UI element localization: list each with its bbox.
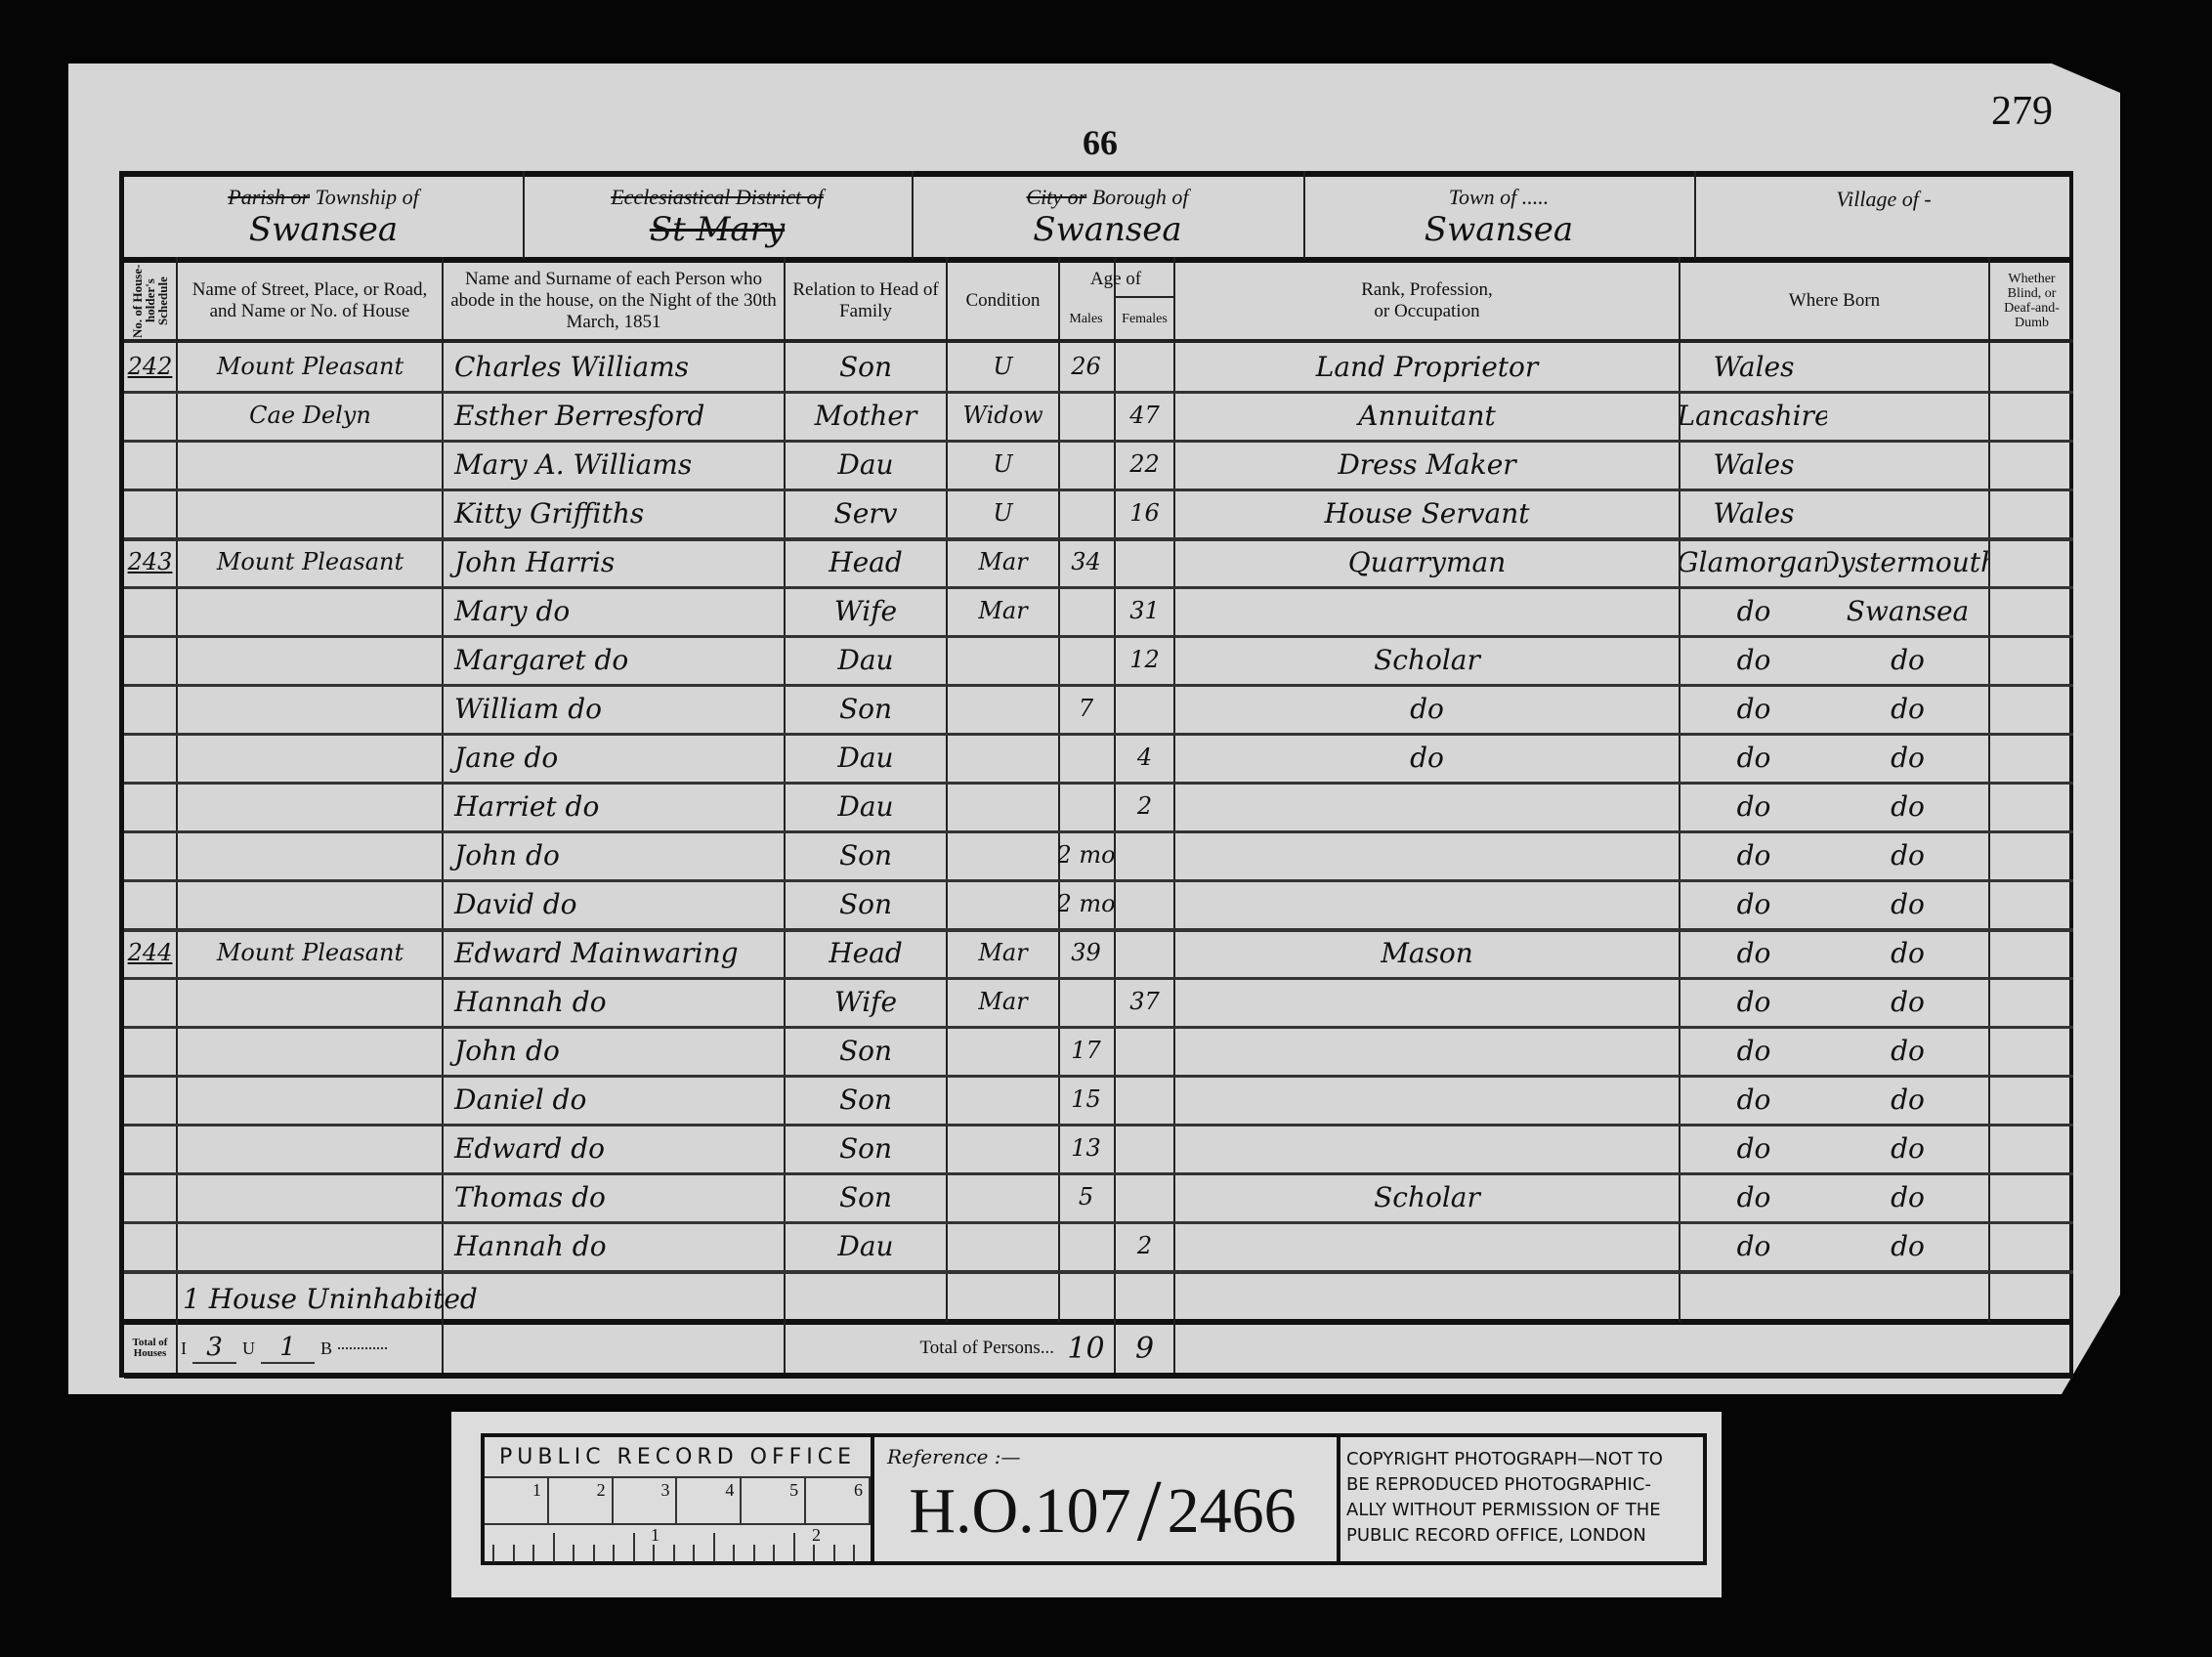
schedule-number bbox=[124, 1126, 176, 1170]
birth-place: do bbox=[1827, 1126, 1988, 1170]
street-address bbox=[179, 1028, 442, 1073]
relation-to-head: Dau bbox=[786, 442, 946, 487]
table-row: Hannah doWifeMar37dodo bbox=[124, 979, 2073, 1028]
occupation bbox=[1175, 832, 1679, 877]
relation-to-head: Dau bbox=[786, 637, 946, 682]
age-female: 4 bbox=[1116, 735, 1173, 780]
relation-to-head: Mother bbox=[786, 393, 946, 438]
occupation bbox=[1175, 1223, 1679, 1268]
ruler-tick bbox=[693, 1545, 695, 1562]
age-male bbox=[1058, 784, 1114, 828]
birth-county: do bbox=[1680, 979, 1827, 1024]
person-name: Daniel do bbox=[445, 1077, 784, 1122]
marital-condition: Mar bbox=[948, 588, 1058, 633]
relation-to-head: Dau bbox=[786, 735, 946, 780]
age-male: 26 bbox=[1058, 344, 1114, 389]
ruler-tick-label: 4 bbox=[677, 1478, 742, 1523]
table-row: Hannah doDau2dodo bbox=[124, 1223, 2073, 1272]
street-address bbox=[179, 490, 442, 535]
struck-label: Parish or bbox=[228, 185, 310, 209]
marital-condition bbox=[948, 637, 1058, 682]
person-name: John Harris bbox=[445, 539, 784, 584]
street-address bbox=[179, 1077, 442, 1122]
census-table: Parish or Township of Swansea Ecclesiast… bbox=[119, 171, 2073, 1378]
total-males: 10 bbox=[1058, 1324, 1114, 1373]
schedule-number bbox=[124, 490, 176, 535]
person-name: Thomas do bbox=[445, 1174, 784, 1219]
street-address: Mount Pleasant bbox=[179, 930, 442, 975]
field-label: Borough of bbox=[1092, 185, 1189, 209]
birth-place: Swansea bbox=[1827, 588, 1988, 633]
schedule-number bbox=[124, 1028, 176, 1073]
birth-place: do bbox=[1827, 881, 1988, 926]
copyright-line: PUBLIC RECORD OFFICE, LONDON bbox=[1346, 1523, 1700, 1549]
ruler-tick bbox=[573, 1545, 574, 1562]
age-male bbox=[1058, 979, 1114, 1024]
person-name: Hannah do bbox=[445, 979, 784, 1024]
occupation: Quarryman bbox=[1175, 539, 1679, 584]
marital-condition bbox=[948, 1174, 1058, 1219]
relation-to-head: Head bbox=[786, 539, 946, 584]
ruler-tick-label: 6 bbox=[806, 1478, 871, 1523]
field-value-struck: St Mary bbox=[650, 210, 785, 249]
street-address bbox=[179, 1223, 442, 1268]
age-male bbox=[1058, 1223, 1114, 1268]
age-female bbox=[1116, 539, 1173, 584]
schedule-number bbox=[124, 588, 176, 633]
birth-place: do bbox=[1827, 784, 1988, 828]
header-males: Males bbox=[1058, 298, 1114, 339]
office-title: PUBLIC RECORD OFFICE bbox=[485, 1437, 871, 1478]
marital-condition bbox=[948, 686, 1058, 731]
table-row: Mary A. WilliamsDauU22Dress MakerWales bbox=[124, 442, 2073, 490]
person-name: John do bbox=[445, 832, 784, 877]
relation-to-head: Dau bbox=[786, 1223, 946, 1268]
occupation: Mason bbox=[1175, 930, 1679, 975]
table-row: Mary doWifeMar31doSwansea bbox=[124, 588, 2073, 637]
occupation: Scholar bbox=[1175, 637, 1679, 682]
field-label: Township of bbox=[316, 185, 419, 209]
ruler-cm-label: 2 bbox=[812, 1525, 821, 1546]
birth-county: do bbox=[1680, 832, 1827, 877]
age-female: 31 bbox=[1116, 588, 1173, 633]
age-male bbox=[1058, 393, 1114, 438]
age-male bbox=[1058, 490, 1114, 535]
birth-county: do bbox=[1680, 1077, 1827, 1122]
schedule-number bbox=[124, 784, 176, 828]
town-field: Town of ..... Swansea bbox=[1303, 177, 1694, 257]
person-name: Edward do bbox=[445, 1126, 784, 1170]
birth-place: do bbox=[1827, 637, 1988, 682]
street-address bbox=[179, 735, 442, 780]
occupation bbox=[1175, 588, 1679, 633]
person-name: William do bbox=[445, 686, 784, 731]
age-male: 17 bbox=[1058, 1028, 1114, 1073]
ruler-cm: 12 bbox=[485, 1525, 871, 1564]
street-address bbox=[179, 637, 442, 682]
marital-condition bbox=[948, 832, 1058, 877]
person-name: Charles Williams bbox=[445, 344, 784, 389]
marital-condition: Mar bbox=[948, 930, 1058, 975]
marital-condition: U bbox=[948, 442, 1058, 487]
table-row: Kitty GriffithsServU16House ServantWales bbox=[124, 490, 2073, 539]
ruler-tick bbox=[553, 1533, 555, 1562]
marital-condition: U bbox=[948, 344, 1058, 389]
marital-condition: U bbox=[948, 490, 1058, 535]
person-name: Harriet do bbox=[445, 784, 784, 828]
marital-condition bbox=[948, 735, 1058, 780]
relation-to-head: Son bbox=[786, 1028, 946, 1073]
age-female bbox=[1116, 686, 1173, 731]
table-row: 243Mount PleasantJohn HarrisHeadMar34Qua… bbox=[124, 539, 2073, 588]
ruler-tick bbox=[773, 1545, 775, 1562]
schedule-number bbox=[124, 686, 176, 731]
birth-county: do bbox=[1680, 735, 1827, 780]
copyright-line: BE REPRODUCED PHOTOGRAPHIC- bbox=[1346, 1472, 1700, 1498]
occupation: Land Proprietor bbox=[1175, 344, 1679, 389]
ruler-tick bbox=[513, 1545, 515, 1562]
ruler-tick bbox=[532, 1545, 534, 1562]
age-male: 5 bbox=[1058, 1174, 1114, 1219]
age-male: 34 bbox=[1058, 539, 1114, 584]
street-address bbox=[179, 832, 442, 877]
birth-county: Wales bbox=[1680, 442, 1827, 487]
ruler-tick-label: 1 bbox=[485, 1478, 549, 1523]
ruler-tick bbox=[673, 1545, 675, 1562]
ruler-tick bbox=[733, 1545, 735, 1562]
occupation bbox=[1175, 979, 1679, 1024]
schedule-number bbox=[124, 393, 176, 438]
schedule-number bbox=[124, 1223, 176, 1268]
uninhabited-label: U bbox=[242, 1338, 255, 1359]
street-address: Mount Pleasant bbox=[179, 344, 442, 389]
age-male: 15 bbox=[1058, 1077, 1114, 1122]
ruler-tick bbox=[793, 1533, 795, 1562]
occupation: Scholar bbox=[1175, 1174, 1679, 1219]
page-number-center: 66 bbox=[1083, 122, 1118, 163]
age-female bbox=[1116, 832, 1173, 877]
building-label: B bbox=[320, 1338, 332, 1359]
header-occupation: Rank, Profession, or Occupation bbox=[1175, 263, 1679, 339]
street-address: Cae Delyn bbox=[179, 393, 442, 438]
birth-county: Lancashire bbox=[1680, 393, 1827, 438]
birth-place: do bbox=[1827, 930, 1988, 975]
age-female: 22 bbox=[1116, 442, 1173, 487]
street-address: Mount Pleasant bbox=[179, 539, 442, 584]
person-name: Jane do bbox=[445, 735, 784, 780]
age-female: 16 bbox=[1116, 490, 1173, 535]
total-persons-label: Total of Persons... bbox=[808, 1324, 1058, 1373]
age-male bbox=[1058, 735, 1114, 780]
table-row: Harriet doDau2dodo bbox=[124, 784, 2073, 832]
occupation bbox=[1175, 784, 1679, 828]
reference-piece: 2466 bbox=[1168, 1474, 1297, 1549]
ruler-tick bbox=[713, 1533, 715, 1562]
record-office-stamp: PUBLIC RECORD OFFICE 123456 12 Reference… bbox=[451, 1412, 1722, 1597]
occupation: Dress Maker bbox=[1175, 442, 1679, 487]
table-row: David doSon2 mododo bbox=[124, 881, 2073, 930]
relation-to-head: Son bbox=[786, 832, 946, 877]
copyright-line: ALLY WITHOUT PERMISSION OF THE bbox=[1346, 1498, 1700, 1523]
ruler-tick bbox=[593, 1545, 595, 1562]
birth-place bbox=[1827, 442, 1988, 487]
age-female: 12 bbox=[1116, 637, 1173, 682]
schedule-number bbox=[124, 1174, 176, 1219]
table-row: John doSon17dodo bbox=[124, 1028, 2073, 1077]
header-name: Name and Surname of each Person who abod… bbox=[444, 263, 784, 339]
birth-county: do bbox=[1680, 1126, 1827, 1170]
street-address bbox=[179, 784, 442, 828]
field-label: Town of ..... bbox=[1449, 185, 1550, 210]
schedule-number bbox=[124, 637, 176, 682]
person-name: Edward Mainwaring bbox=[445, 930, 784, 975]
label: Total of Houses bbox=[124, 1338, 176, 1359]
schedule-number bbox=[124, 1077, 176, 1122]
birth-place: do bbox=[1827, 1223, 1988, 1268]
age-female: 47 bbox=[1116, 393, 1173, 438]
struck-label: City or bbox=[1026, 185, 1086, 209]
person-name: Esther Berresford bbox=[445, 393, 784, 438]
age-male: 7 bbox=[1058, 686, 1114, 731]
age-female bbox=[1116, 930, 1173, 975]
header-condition: Condition bbox=[948, 263, 1058, 339]
marital-condition bbox=[948, 881, 1058, 926]
marital-condition bbox=[948, 1223, 1058, 1268]
marital-condition: Widow bbox=[948, 393, 1058, 438]
table-row: John doSon2 mododo bbox=[124, 832, 2073, 881]
birth-place: do bbox=[1827, 979, 1988, 1024]
header-label: No. of House-holder's Schedule bbox=[131, 263, 169, 339]
marital-condition bbox=[948, 1028, 1058, 1073]
marital-condition bbox=[948, 1126, 1058, 1170]
birth-county: do bbox=[1680, 588, 1827, 633]
table-row: Margaret doDau12Scholardodo bbox=[124, 637, 2073, 686]
ecclesiastical-district-field: Ecclesiastical District of St Mary bbox=[523, 177, 912, 257]
inhabited-label: I bbox=[181, 1338, 187, 1359]
age-female bbox=[1116, 1126, 1173, 1170]
birth-county: Wales bbox=[1680, 490, 1827, 535]
ruler-tick bbox=[753, 1545, 755, 1562]
person-name: Margaret do bbox=[445, 637, 784, 682]
birth-county: do bbox=[1680, 1223, 1827, 1268]
age-male bbox=[1058, 442, 1114, 487]
header-schedule: No. of House-holder's Schedule bbox=[124, 263, 176, 339]
marital-condition bbox=[948, 1077, 1058, 1122]
age-male bbox=[1058, 637, 1114, 682]
marital-condition bbox=[948, 784, 1058, 828]
age-male: 2 mo bbox=[1058, 881, 1114, 926]
village-field: Village of - bbox=[1694, 177, 2073, 257]
birth-county: do bbox=[1680, 1028, 1827, 1073]
age-female bbox=[1116, 1174, 1173, 1219]
birth-place: do bbox=[1827, 686, 1988, 731]
table-row: Edward doSon13dodo bbox=[124, 1126, 2073, 1174]
occupation: Annuitant bbox=[1175, 393, 1679, 438]
birth-county: Glamorgan bbox=[1680, 539, 1827, 584]
age-female bbox=[1116, 881, 1173, 926]
age-male: 39 bbox=[1058, 930, 1114, 975]
birth-place: Oystermouth bbox=[1827, 539, 1988, 584]
birth-place: do bbox=[1827, 735, 1988, 780]
birth-place: do bbox=[1827, 832, 1988, 877]
birth-county: do bbox=[1680, 1174, 1827, 1219]
street-address bbox=[179, 979, 442, 1024]
borough-field: City or Borough of Swansea bbox=[912, 177, 1303, 257]
inhabited-count: 3 bbox=[192, 1333, 236, 1364]
relation-to-head: Son bbox=[786, 881, 946, 926]
ruler-tick bbox=[653, 1545, 655, 1562]
ruler-tick-label: 5 bbox=[742, 1478, 806, 1523]
person-name: Mary do bbox=[445, 588, 784, 633]
marital-condition: Mar bbox=[948, 979, 1058, 1024]
age-female bbox=[1116, 1077, 1173, 1122]
header-females: Females bbox=[1116, 298, 1173, 339]
person-name: Hannah do bbox=[445, 1223, 784, 1268]
street-address bbox=[179, 588, 442, 633]
street-address bbox=[179, 686, 442, 731]
birth-county: do bbox=[1680, 784, 1827, 828]
field-value: Swansea bbox=[1425, 210, 1573, 249]
age-male bbox=[1058, 588, 1114, 633]
birth-place bbox=[1827, 344, 1988, 389]
ruler-tick bbox=[853, 1545, 855, 1562]
relation-to-head: Serv bbox=[786, 490, 946, 535]
street-address bbox=[179, 881, 442, 926]
age-male: 13 bbox=[1058, 1126, 1114, 1170]
occupation bbox=[1175, 1126, 1679, 1170]
schedule-number bbox=[124, 881, 176, 926]
birth-county: do bbox=[1680, 686, 1827, 731]
age-female bbox=[1116, 1028, 1173, 1073]
table-row: William doSon7dododo bbox=[124, 686, 2073, 735]
schedule-number: 244 bbox=[124, 930, 176, 975]
age-female: 2 bbox=[1116, 784, 1173, 828]
schedule-number bbox=[124, 979, 176, 1024]
birth-county: do bbox=[1680, 637, 1827, 682]
copyright-notice: COPYRIGHT PHOTOGRAPH—NOT TOBE REPRODUCED… bbox=[1346, 1447, 1700, 1549]
table-row: Thomas doSon5Scholardodo bbox=[124, 1174, 2073, 1223]
house-counts: I 3 U 1 B bbox=[181, 1324, 440, 1373]
age-female: 2 bbox=[1116, 1223, 1173, 1268]
occupation: do bbox=[1175, 686, 1679, 731]
reference-series: H.O.107 bbox=[909, 1474, 1130, 1549]
marital-condition: Mar bbox=[948, 539, 1058, 584]
age-female bbox=[1116, 344, 1173, 389]
table-row: Daniel doSon15dodo bbox=[124, 1077, 2073, 1126]
field-value: Swansea bbox=[249, 210, 398, 249]
occupation: House Servant bbox=[1175, 490, 1679, 535]
total-houses-label: Total of Houses bbox=[124, 1324, 176, 1373]
birth-place bbox=[1827, 490, 1988, 535]
occupation bbox=[1175, 1077, 1679, 1122]
occupation bbox=[1175, 1028, 1679, 1073]
occupation bbox=[1175, 881, 1679, 926]
occupation: do bbox=[1175, 735, 1679, 780]
relation-to-head: Son bbox=[786, 1174, 946, 1219]
header-age-of: Age of bbox=[1058, 263, 1173, 296]
birth-county: do bbox=[1680, 881, 1827, 926]
ruler-tick bbox=[492, 1545, 494, 1562]
table-row: Cae DelynEsther BerresfordMotherWidow47A… bbox=[124, 393, 2073, 442]
schedule-number: 243 bbox=[124, 539, 176, 584]
ruler-inches: 123456 bbox=[485, 1478, 871, 1525]
schedule-number bbox=[124, 832, 176, 877]
relation-to-head: Son bbox=[786, 1126, 946, 1170]
person-name: Kitty Griffiths bbox=[445, 490, 784, 535]
struck-label: Ecclesiastical District of bbox=[611, 185, 824, 210]
schedule-number bbox=[124, 442, 176, 487]
relation-to-head: Head bbox=[786, 930, 946, 975]
birth-place: do bbox=[1827, 1174, 1988, 1219]
birth-place: do bbox=[1827, 1077, 1988, 1122]
ruler-tick bbox=[613, 1545, 615, 1562]
street-address bbox=[179, 442, 442, 487]
birth-county: Wales bbox=[1680, 344, 1827, 389]
uninhabited-note: 1 House Uninhabited bbox=[183, 1277, 671, 1320]
person-name: David do bbox=[445, 881, 784, 926]
relation-to-head: Wife bbox=[786, 979, 946, 1024]
header-street: Name of Street, Place, or Road, and Name… bbox=[178, 263, 442, 339]
ruler-tick bbox=[833, 1545, 835, 1562]
street-address bbox=[179, 1174, 442, 1219]
total-females: 9 bbox=[1116, 1324, 1173, 1373]
header-where-born: Where Born bbox=[1680, 263, 1988, 339]
birth-county: do bbox=[1680, 930, 1827, 975]
ruler-cm-label: 1 bbox=[651, 1525, 659, 1546]
building-count bbox=[338, 1347, 387, 1349]
parish-township-field: Parish or Township of Swansea bbox=[124, 177, 523, 257]
table-row: Jane doDau4dododo bbox=[124, 735, 2073, 784]
schedule-number bbox=[124, 735, 176, 780]
page-number-corner: 279 bbox=[1991, 88, 2053, 135]
ruler-tick-label: 3 bbox=[614, 1478, 678, 1523]
age-female: 37 bbox=[1116, 979, 1173, 1024]
uninhabited-count: 1 bbox=[261, 1333, 315, 1364]
field-label: Village of - bbox=[1836, 187, 1931, 212]
birth-place: do bbox=[1827, 1028, 1988, 1073]
header-blind-deaf: Whether Blind, or Deaf-and-Dumb bbox=[1990, 263, 2073, 339]
table-row: 244Mount PleasantEdward MainwaringHeadMa… bbox=[124, 930, 2073, 979]
age-male: 2 mo bbox=[1058, 832, 1114, 877]
relation-to-head: Wife bbox=[786, 588, 946, 633]
relation-to-head: Son bbox=[786, 344, 946, 389]
person-name: John do bbox=[445, 1028, 784, 1073]
field-value: Swansea bbox=[1033, 210, 1181, 249]
relation-to-head: Dau bbox=[786, 784, 946, 828]
ruler-tick bbox=[633, 1533, 635, 1562]
relation-to-head: Son bbox=[786, 1077, 946, 1122]
reference-number: H.O.107 / 2466 bbox=[871, 1465, 1335, 1557]
copyright-line: COPYRIGHT PHOTOGRAPH—NOT TO bbox=[1346, 1447, 1700, 1472]
ruler-tick bbox=[813, 1545, 815, 1562]
birth-place bbox=[1827, 393, 1988, 438]
reference-slash: / bbox=[1137, 1461, 1162, 1561]
table-row: 242Mount PleasantCharles WilliamsSonU26L… bbox=[124, 344, 2073, 393]
relation-to-head: Son bbox=[786, 686, 946, 731]
person-name: Mary A. Williams bbox=[445, 442, 784, 487]
street-address bbox=[179, 1126, 442, 1170]
ruler-tick-label: 2 bbox=[549, 1478, 614, 1523]
header-relation: Relation to Head of Family bbox=[786, 263, 946, 339]
schedule-number: 242 bbox=[124, 344, 176, 389]
